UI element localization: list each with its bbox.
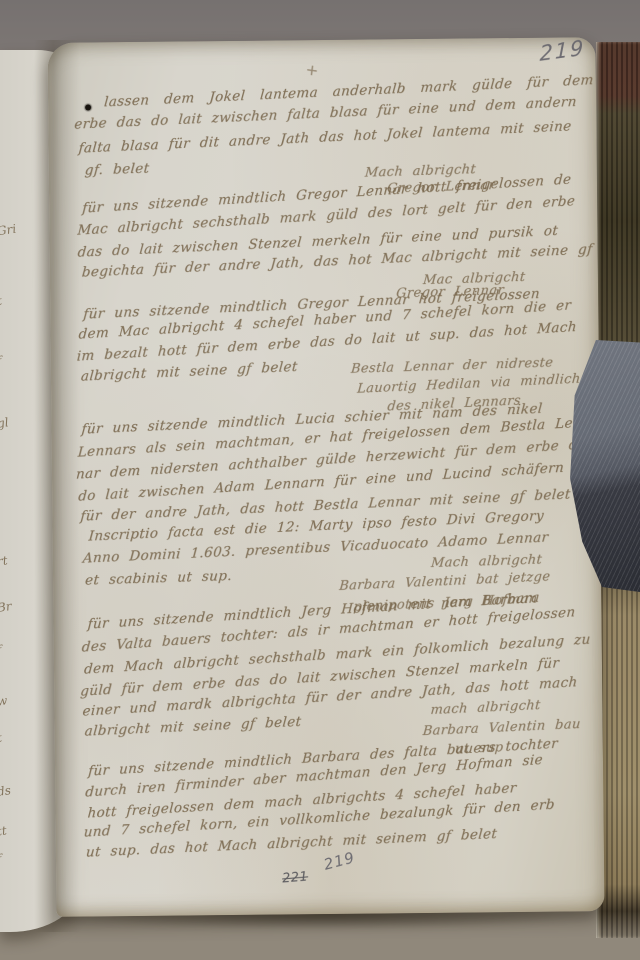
margin-fragment: Gri xyxy=(0,222,17,239)
page-number-current: 219 xyxy=(322,848,357,873)
margin-fragment: f xyxy=(0,643,2,657)
margin-fragment: t xyxy=(0,294,3,309)
ink-blot xyxy=(85,104,91,110)
margin-fragment: ds xyxy=(0,783,12,799)
signature-line: mach albrigcht xyxy=(430,698,541,718)
plus-mark: + xyxy=(305,60,320,80)
manuscript-photo: Gri t f gl rt Br f w t ds tt f 219 + las… xyxy=(0,0,640,960)
margin-fragment: rt xyxy=(0,553,8,568)
margin-fragment: tt xyxy=(0,823,8,838)
manuscript-page: 219 + lassen dem Jokel lantema anderhalb… xyxy=(47,37,604,917)
margin-fragment: Br xyxy=(0,599,12,615)
margin-fragment: f xyxy=(0,354,2,368)
manuscript-line: albrigcht mit seine gf belet xyxy=(84,714,302,740)
manuscript-line: gf. belet xyxy=(84,160,150,178)
margin-fragment: f xyxy=(0,852,2,866)
manuscript-line: et scabinis ut sup. xyxy=(84,568,232,589)
folio-number: 219 xyxy=(539,37,585,66)
page-number-crossed-out: 221 xyxy=(282,869,309,886)
signature-line: Mach albrigcht xyxy=(430,552,542,571)
margin-fragment: t xyxy=(0,731,3,746)
manuscript-text: 219 + lassen dem Jokel lantema anderhalb… xyxy=(47,37,604,917)
margin-fragment: gl xyxy=(0,415,9,430)
margin-fragment: w xyxy=(0,693,8,708)
manuscript-line: albrigcht mit seine gf belet xyxy=(80,359,298,385)
